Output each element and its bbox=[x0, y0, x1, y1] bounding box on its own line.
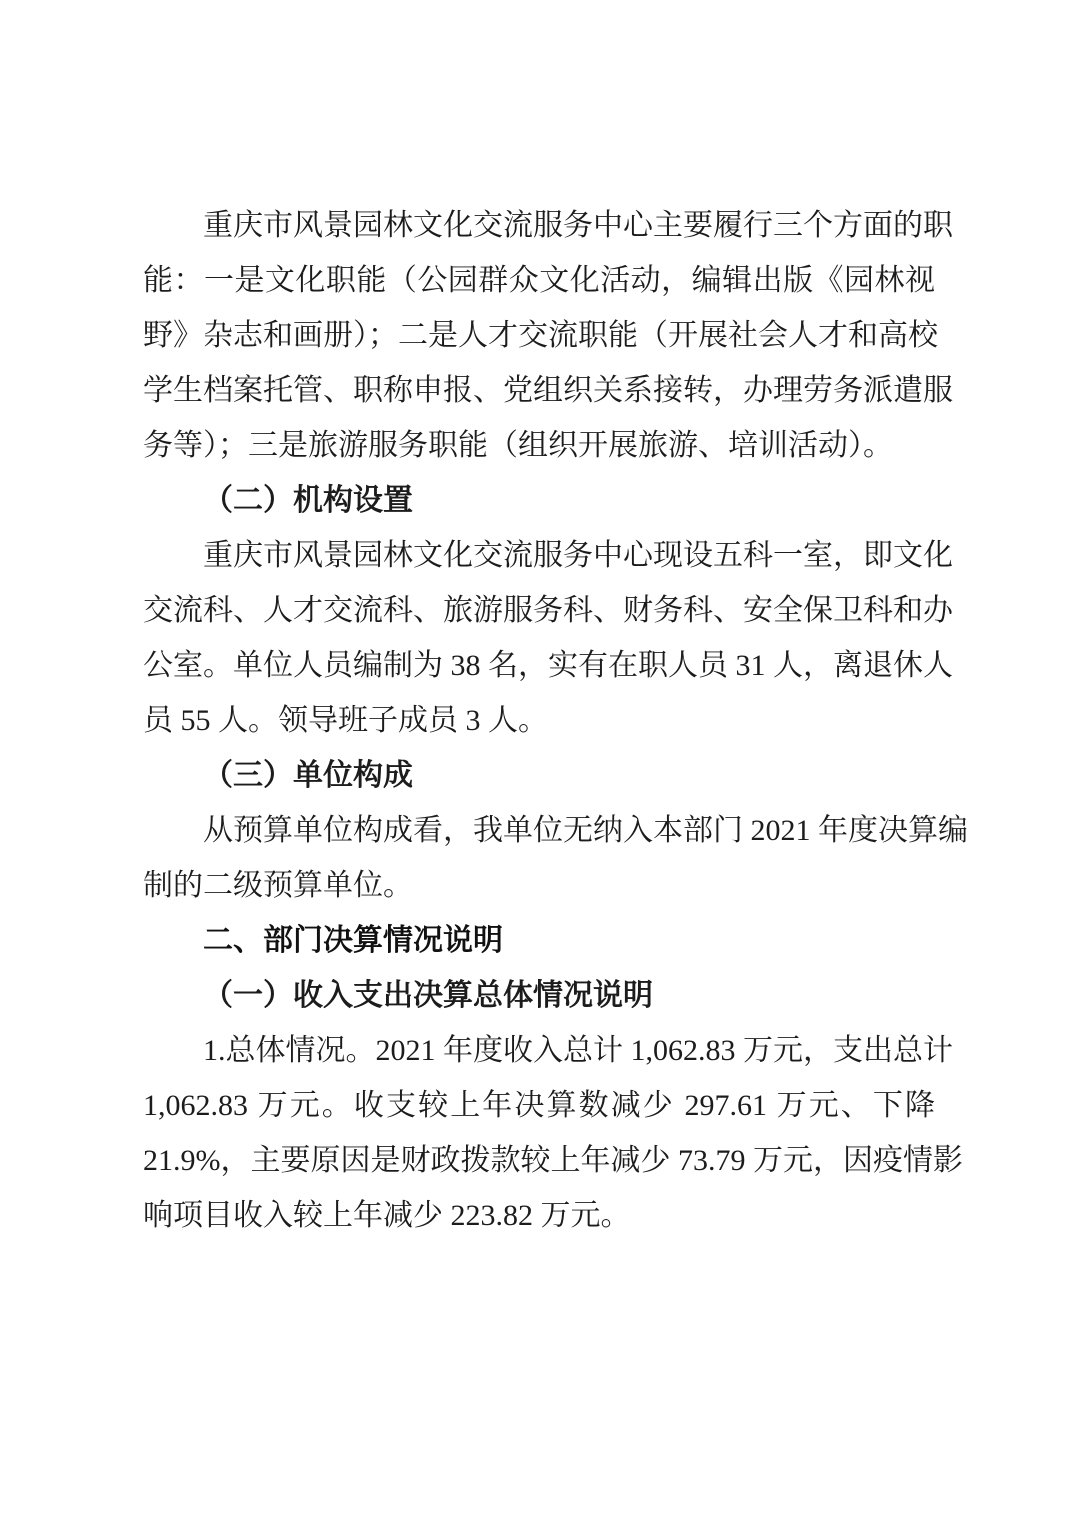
paragraph-line: 务等）；三是旅游服务职能（组织开展旅游、培训活动）。 bbox=[143, 418, 935, 473]
paragraph-line: 野》杂志和画册）；二是人才交流职能（开展社会人才和高校 bbox=[143, 308, 935, 363]
heading-organization-setup: （二）机构设置 bbox=[143, 473, 935, 528]
document-content: 重庆市风景园林文化交流服务中心主要履行三个方面的职 能：一是文化职能（公园群众文… bbox=[143, 198, 935, 1243]
document-page: 重庆市风景园林文化交流服务中心主要履行三个方面的职 能：一是文化职能（公园群众文… bbox=[0, 0, 1075, 1521]
paragraph-line: 制的二级预算单位。 bbox=[143, 858, 935, 913]
heading-final-accounts-explanation: 二、部门决算情况说明 bbox=[143, 913, 935, 968]
paragraph-line: 21.9%，主要原因是财政拨款较上年减少 73.79 万元，因疫情影 bbox=[143, 1133, 935, 1188]
paragraph-line: 重庆市风景园林文化交流服务中心主要履行三个方面的职 bbox=[143, 198, 935, 253]
paragraph-line: 重庆市风景园林文化交流服务中心现设五科一室，即文化 bbox=[143, 528, 935, 583]
paragraph-main-functions: 重庆市风景园林文化交流服务中心主要履行三个方面的职 能：一是文化职能（公园群众文… bbox=[143, 198, 935, 473]
paragraph-line: 1,062.83 万元。收支较上年决算数减少 297.61 万元、下降 bbox=[143, 1078, 935, 1133]
paragraph-line: 学生档案托管、职称申报、党组织关系接转，办理劳务派遣服 bbox=[143, 363, 935, 418]
paragraph-line: 交流科、人才交流科、旅游服务科、财务科、安全保卫科和办 bbox=[143, 583, 935, 638]
paragraph-overall-situation: 1.总体情况。2021 年度收入总计 1,062.83 万元，支出总计 1,06… bbox=[143, 1023, 935, 1243]
paragraph-line: 公室。单位人员编制为 38 名，实有在职人员 31 人，离退休人 bbox=[143, 638, 935, 693]
paragraph-organization-setup: 重庆市风景园林文化交流服务中心现设五科一室，即文化 交流科、人才交流科、旅游服务… bbox=[143, 528, 935, 748]
paragraph-line: 员 55 人。领导班子成员 3 人。 bbox=[143, 693, 935, 748]
paragraph-line: 1.总体情况。2021 年度收入总计 1,062.83 万元，支出总计 bbox=[143, 1023, 935, 1078]
paragraph-line: 从预算单位构成看，我单位无纳入本部门 2021 年度决算编 bbox=[143, 803, 935, 858]
paragraph-unit-composition: 从预算单位构成看，我单位无纳入本部门 2021 年度决算编 制的二级预算单位。 bbox=[143, 803, 935, 913]
paragraph-line: 响项目收入较上年减少 223.82 万元。 bbox=[143, 1188, 935, 1243]
paragraph-line: 能：一是文化职能（公园群众文化活动，编辑出版《园林视 bbox=[143, 253, 935, 308]
heading-income-expenditure-overview: （一）收入支出决算总体情况说明 bbox=[143, 968, 935, 1023]
heading-unit-composition: （三）单位构成 bbox=[143, 748, 935, 803]
